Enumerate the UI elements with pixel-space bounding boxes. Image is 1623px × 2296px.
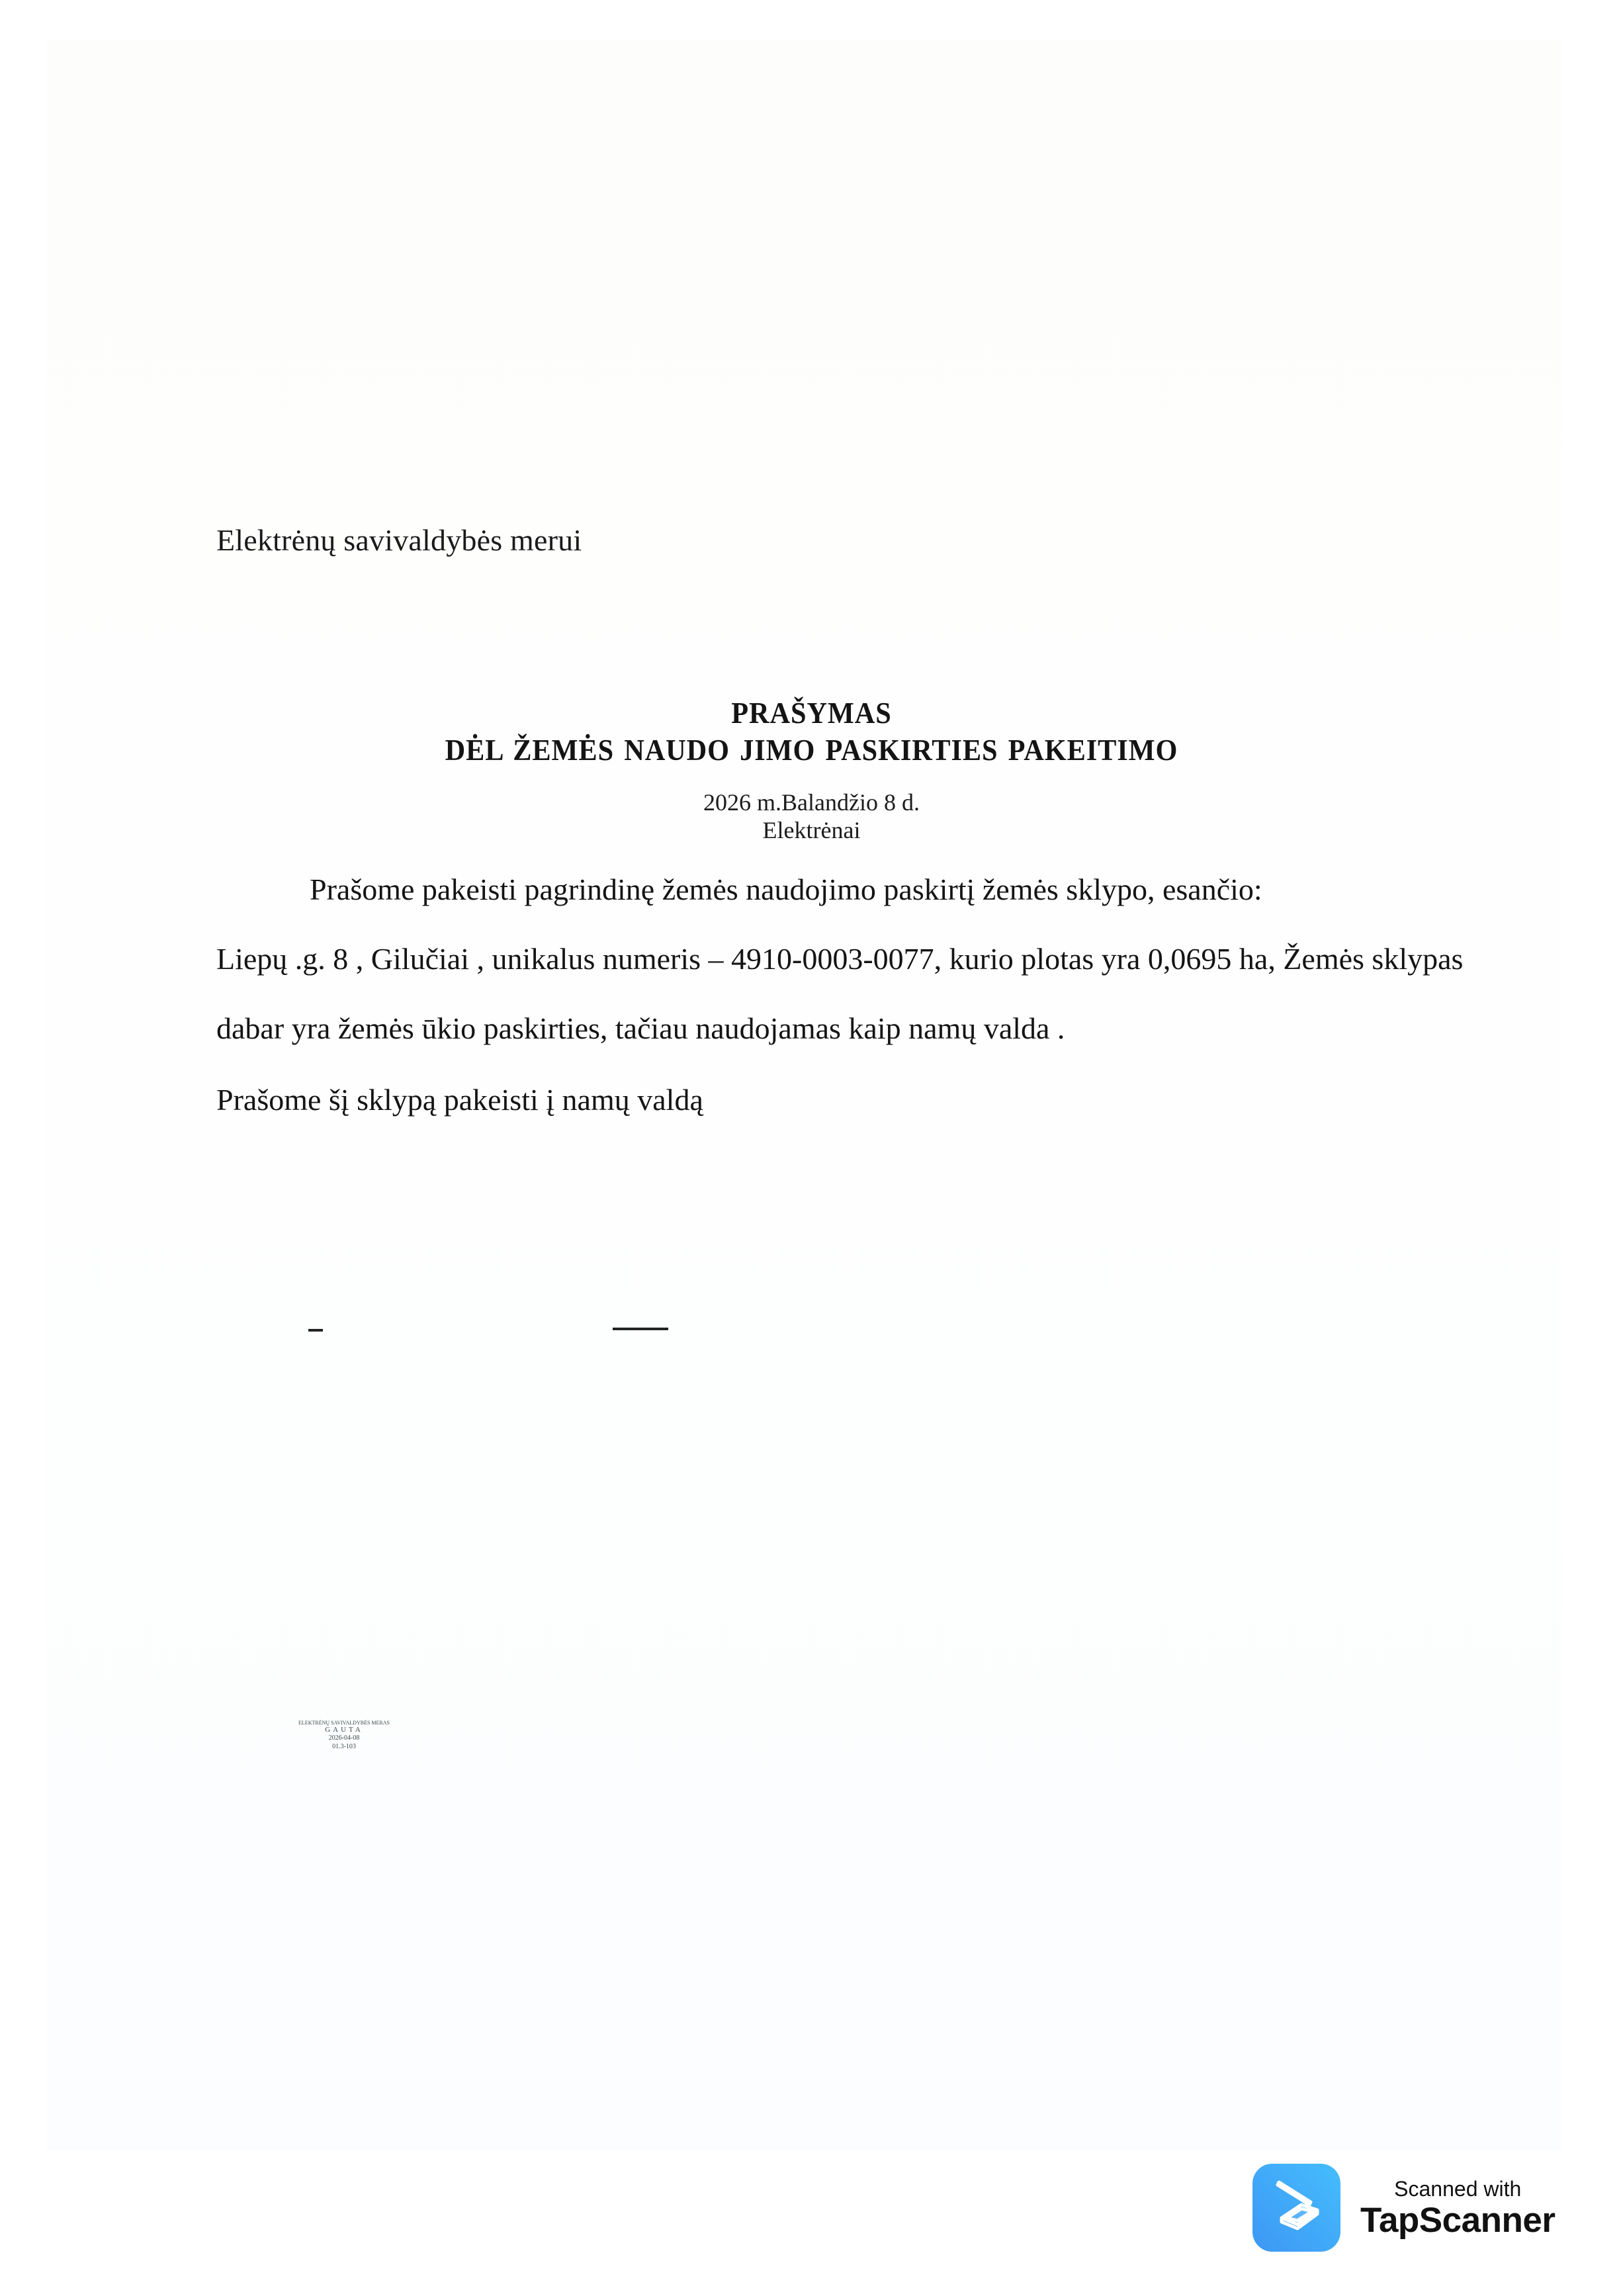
- paragraph-final-request: Prašome šį sklypą pakeisti į namų valdą: [216, 1082, 1507, 1117]
- signature-line-short: [308, 1329, 323, 1332]
- document-subtitle: DĖL ŽEMĖS NAUDO JIMO PASKIRTIES PAKEITIM…: [65, 732, 1558, 769]
- document-place: Elektrėnai: [0, 816, 1623, 844]
- stamp-date: 2026-04-08: [278, 1734, 410, 1742]
- document-title: PRAŠYMAS: [65, 695, 1558, 732]
- paragraph-plot-details: Liepų .g. 8 , Gilučiai , unikalus numeri…: [216, 941, 1507, 976]
- stamp-status: GAUTA: [278, 1726, 410, 1734]
- paragraph-current-use: dabar yra žemės ūkio paskirties, tačiau …: [216, 1011, 1507, 1046]
- title-block: PRAŠYMAS DĖL ŽEMĖS NAUDO JIMO PASKIRTIES…: [0, 695, 1623, 844]
- scanner-icon: [1252, 2164, 1340, 2252]
- signature-line-long: [613, 1328, 668, 1330]
- addressee: Elektrėnų savivaldybės merui: [216, 523, 582, 558]
- stamp-registration-number: 01.3-103: [278, 1742, 410, 1751]
- badge-text: Scanned with TapScanner: [1360, 2176, 1555, 2240]
- received-stamp: ELEKTRĖNŲ SAVIVALDYBĖS MERAS GAUTA 2026-…: [278, 1720, 410, 1751]
- badge-brand-name: TapScanner: [1360, 2201, 1555, 2240]
- paragraph-request: Prašome pakeisti pagrindinę žemės naudoj…: [310, 872, 1600, 907]
- document-date: 2026 m.Balandžio 8 d.: [0, 788, 1623, 816]
- badge-scanned-with: Scanned with: [1360, 2176, 1555, 2201]
- tapscanner-badge: Scanned with TapScanner: [1252, 2164, 1555, 2252]
